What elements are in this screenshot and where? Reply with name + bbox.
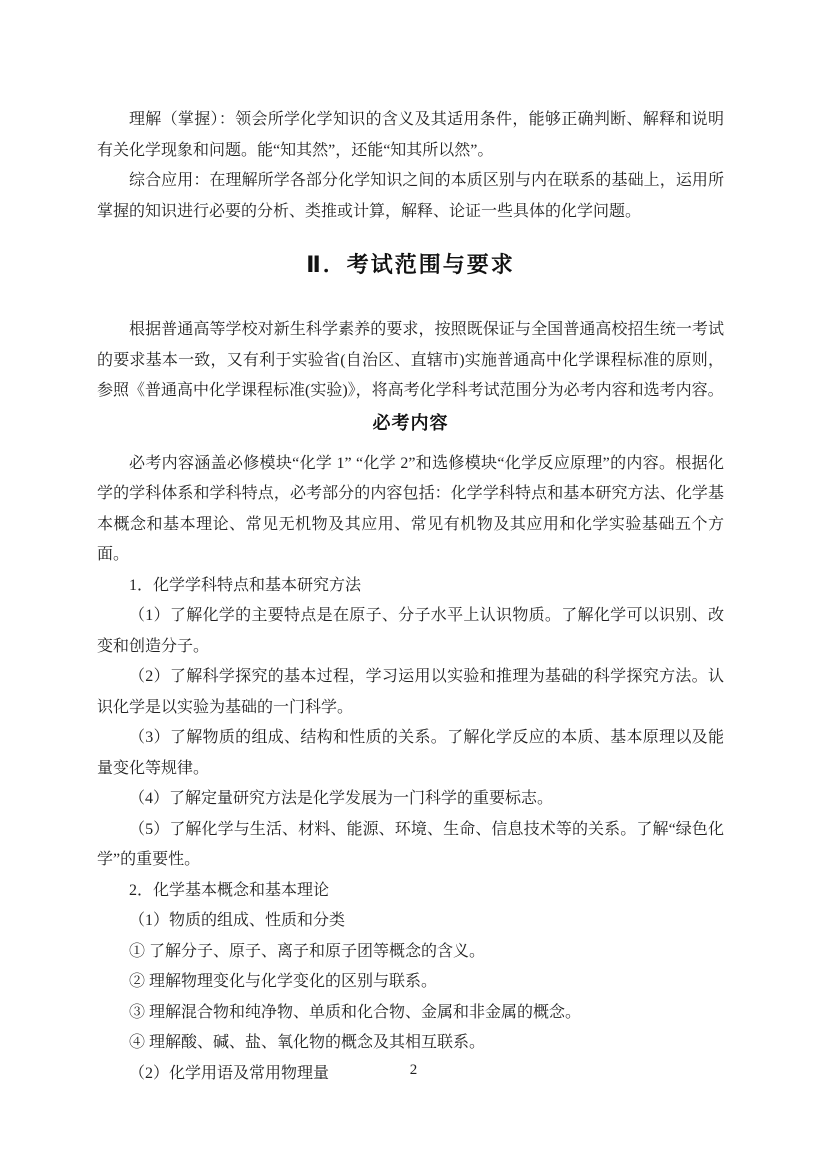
part2-sub1-title: （1）物质的组成、性质和分类	[97, 906, 724, 937]
section-heading-exam-scope: Ⅱ．考试范围与要求	[97, 245, 724, 285]
part2-sub1-item: ① 了解分子、原子、离子和原子团等概念的含义。	[97, 937, 724, 968]
part1-item: （2）了解科学探究的基本过程，学习运用以实验和推理为基础的科学探究方法。认识化学…	[97, 662, 724, 723]
document-content: 理解（掌握）：领会所学化学知识的含义及其适用条件，能够正确判断、解释和说明有关化…	[97, 105, 724, 1089]
paragraph-scope-intro: 根据普通高等学校对新生科学素养的要求，按照既保证与全国普通高校招生统一考试的要求…	[97, 315, 724, 407]
part2-sub1-item: ④ 理解酸、碱、盐、氧化物的概念及其相互联系。	[97, 1028, 724, 1059]
part2-title: 2．化学基本概念和基本理论	[97, 876, 724, 907]
part1-item: （3）了解物质的组成、结构和性质的关系。了解化学反应的本质、基本原理以及能量变化…	[97, 723, 724, 784]
paragraph-required-overview: 必考内容涵盖必修模块“化学 1” “化学 2”和选修模块“化学反应原理”的内容。…	[97, 449, 724, 571]
part1-item: （5）了解化学与生活、材料、能源、环境、生命、信息技术等的关系。了解“绿色化学”…	[97, 815, 724, 876]
part2-sub1-item: ③ 理解混合物和纯净物、单质和化合物、金属和非金属的概念。	[97, 998, 724, 1029]
part1-item: （4）了解定量研究方法是化学发展为一门科学的重要标志。	[97, 784, 724, 815]
page-number: 2	[0, 1060, 827, 1080]
heading-required-content: 必考内容	[97, 408, 724, 439]
paragraph-understand-level: 理解（掌握）：领会所学化学知识的含义及其适用条件，能够正确判断、解释和说明有关化…	[97, 105, 724, 166]
part1-title: 1．化学学科特点和基本研究方法	[97, 571, 724, 602]
part1-item: （1）了解化学的主要特点是在原子、分子水平上认识物质。了解化学可以识别、改变和创…	[97, 601, 724, 662]
paragraph-comprehensive-application: 综合应用：在理解所学各部分化学知识之间的本质区别与内在联系的基础上，运用所掌握的…	[97, 166, 724, 227]
part2-sub1-item: ② 理解物理变化与化学变化的区别与联系。	[97, 967, 724, 998]
document-page: 理解（掌握）：领会所学化学知识的含义及其适用条件，能够正确判断、解释和说明有关化…	[0, 0, 827, 1169]
